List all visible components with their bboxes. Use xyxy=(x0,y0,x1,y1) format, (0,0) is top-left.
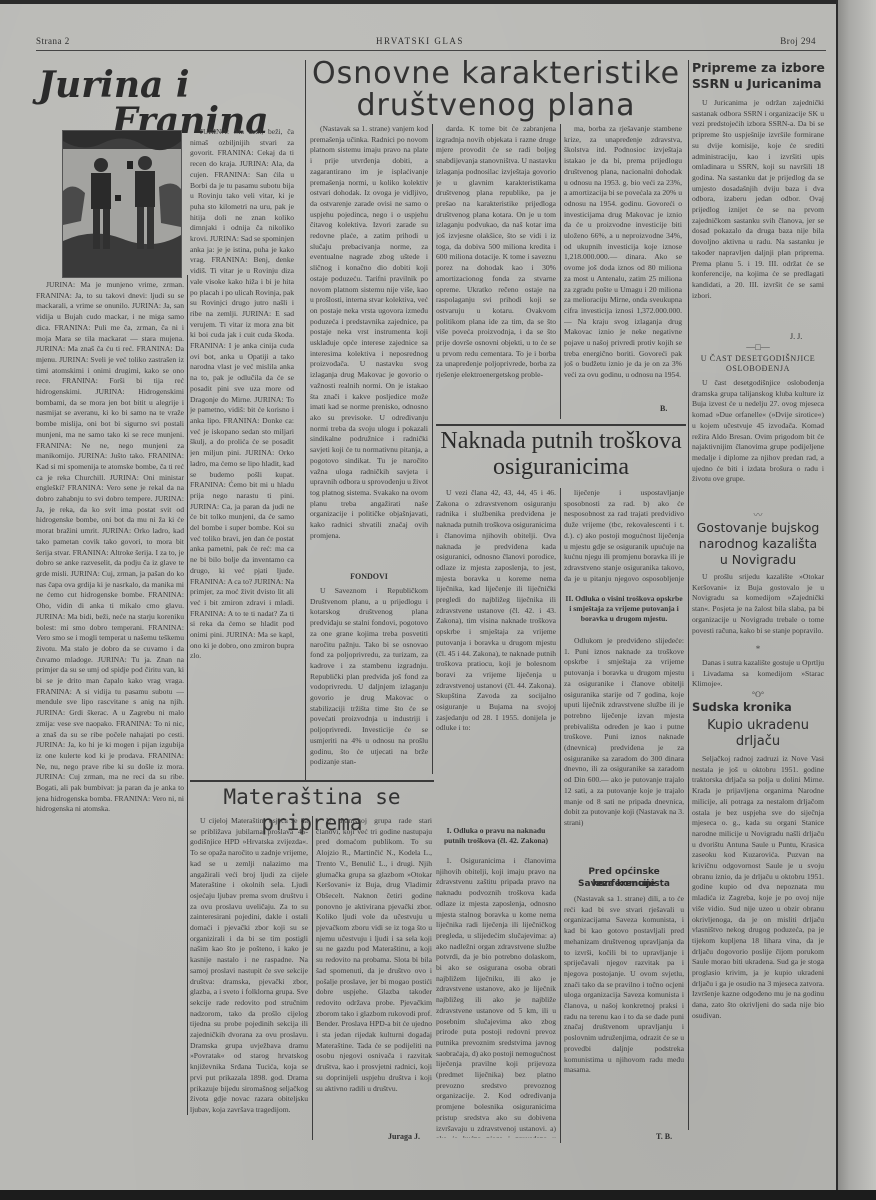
circle-ornament-icon: °O° xyxy=(692,690,824,699)
naknada-decision-2-heading: II. Odluka o visini troškova opskrbe i s… xyxy=(564,594,684,624)
sudska-title-line2: drljaču xyxy=(692,734,824,750)
gostovanje-title-line3: u Novigradu xyxy=(692,552,824,568)
article-text: U čast desetgodišnjice oslobođenja drams… xyxy=(692,378,824,485)
article-text: U dramskoj grupa rade stari članovi, koj… xyxy=(316,816,432,1094)
materastina-column-2: U dramskoj grupa rade stari članovi, koj… xyxy=(316,816,432,1136)
article-text: 1. Osiguranicima i članovima njihovih ob… xyxy=(436,856,556,1138)
article-text: Odlukom je predviđeno slijedeće: 1. Puni… xyxy=(564,636,684,829)
naknada-column-2: liječenje i uspostavljanje sposobnosti z… xyxy=(564,488,684,584)
column-rule xyxy=(560,124,561,419)
column-rule xyxy=(432,124,433,774)
sudska-rubric: Sudska kronika xyxy=(692,700,824,714)
osnovne-column-3: ma, borba za rješavanje stambene krize, … xyxy=(564,124,682,414)
page-number: Strana 2 xyxy=(36,36,70,46)
column-rule xyxy=(688,60,689,1130)
scan-top-edge xyxy=(0,0,876,4)
naknada-column-1b: 1. Osiguranicima i članovima njihovih ob… xyxy=(436,856,556,1138)
gostovanje-title-line2: narodnog kazališta xyxy=(692,536,824,552)
issue-number: Broj 294 xyxy=(780,36,816,46)
newspaper-page: Strana 2 HRVATSKI GLAS Broj 294 Jurina i… xyxy=(0,0,860,1192)
article-text: U vezi člana 42, 43, 44, 45 i 46. Zakona… xyxy=(436,488,556,734)
article-text: U Juricanima je održan zajednički sastan… xyxy=(692,98,824,301)
konferencije-body: (Nastavak sa 1. strane) dili, a to će re… xyxy=(564,894,684,1128)
article-text: ma, borba za rješavanje stambene krize, … xyxy=(564,124,682,381)
naknada-decision-1-heading: I. Odluka o pravu na naknadu putnih troš… xyxy=(436,826,556,846)
section-divider xyxy=(190,780,434,782)
article-text: (Nastavak sa 1. strane) dili, a to će re… xyxy=(564,894,684,1076)
article-text: Danas i sutra kazalište gostuje u Oprtlj… xyxy=(692,658,824,690)
two-men-talking-icon xyxy=(63,131,181,277)
desetgodisnjica-title-line2: OSLOBOĐENJA xyxy=(692,364,824,373)
article-text: (Nastavak sa 1. strane) vanjem kod prema… xyxy=(310,124,428,541)
running-header: Strana 2 HRVATSKI GLAS Broj 294 xyxy=(36,36,826,51)
desetgodisnjica-body: U čast desetgodišnjice oslobođenja drams… xyxy=(692,378,824,508)
materastina-signature: Juraga J. xyxy=(388,1132,420,1141)
osnovne-column-1: (Nastavak sa 1. strane) vanjem kod prema… xyxy=(310,124,428,569)
article-text: U Saveznom i Republičkom Društvenom plan… xyxy=(310,586,428,768)
osnovne-column-2: darda. K tome bit će zabranjena izgradnj… xyxy=(436,124,556,414)
materastina-column-1: U cijeloj Materaštini osjeća se da se pr… xyxy=(190,816,308,1136)
scan-bottom-edge xyxy=(0,1190,876,1200)
sudska-body: Seljačkoj radnoj zadruzi iz Nove Vasi ne… xyxy=(692,754,824,1150)
naknada-column-1: U vezi člana 42, 43, 44, 45 i 46. Zakona… xyxy=(436,488,556,824)
ornament-divider: —□— xyxy=(692,342,824,352)
osnovne-title-line2: društvenog plana xyxy=(308,90,684,122)
naknada-column-2b: Odlukom je predviđeno slijedeće: 1. Puni… xyxy=(564,636,684,852)
osnovne-signature: B. xyxy=(660,404,667,413)
pripreme-body: U Juricanima je održan zajednički sastan… xyxy=(692,98,824,334)
naknada-title-line1: Naknada putnih troškova xyxy=(436,428,686,454)
column-rule xyxy=(187,275,188,1115)
masthead-name: HRVATSKI GLAS xyxy=(376,36,464,46)
column-rule xyxy=(305,60,306,780)
jurina-column-1: JURINA: Ma je munjeno vrime, zrman. FRAN… xyxy=(36,280,184,1125)
dialogue-text: JURINA: Ma je munjeno vrime, zrman. FRAN… xyxy=(36,280,184,815)
fondovi-subhead: FONDOVI xyxy=(310,572,428,581)
konferencije-signature: T. B. xyxy=(656,1132,672,1141)
column-rule xyxy=(560,488,561,1143)
pripreme-title-line2: SSRN u Juricanima xyxy=(692,76,832,92)
osnovne-column-1b: U Saveznom i Republičkom Društvenom plan… xyxy=(310,586,428,770)
asterisk-divider: * xyxy=(692,644,824,654)
gostovanje-title-line1: Gostovanje bujskog xyxy=(692,520,824,536)
column-rule xyxy=(312,816,313,1140)
gostovanje-body-2: Danas i sutra kazalište gostuje u Oprtlj… xyxy=(692,658,824,690)
woodcut-illustration xyxy=(62,130,182,278)
jurina-column-2: JURINA: Ma beži, beži, ča nimaš ozbiljni… xyxy=(190,127,294,837)
article-text: Seljačkoj radnoj zadruzi iz Nove Vasi ne… xyxy=(692,754,824,1022)
konferencije-title-line2: Saveza komunista xyxy=(564,878,684,890)
page-edge xyxy=(838,0,876,1200)
sudska-title-line1: Kupio ukradenu xyxy=(692,718,824,734)
osnovne-title-line1: Osnovne karakteristike xyxy=(308,58,684,90)
gostovanje-body: U prošlu srijedu kazalište »Otokar Keršo… xyxy=(692,572,824,644)
article-text: darda. K tome bit će zabranjena izgradnj… xyxy=(436,124,556,381)
article-text: U prošlu srijedu kazalište »Otokar Keršo… xyxy=(692,572,824,636)
naknada-title-line2: osiguranicima xyxy=(436,454,686,480)
article-text: U cijeloj Materaštini osjeća se da se pr… xyxy=(190,816,308,1116)
desetgodisnjica-title-line1: U ČAST DESETGODIŠNJICE xyxy=(692,354,824,363)
section-divider xyxy=(436,424,686,426)
article-text: liječenje i uspostavljanje sposobnosti z… xyxy=(564,488,684,584)
pripreme-signature: J. J. xyxy=(790,332,802,341)
pripreme-title-line1: Pripreme za izbore xyxy=(692,60,832,76)
dialogue-text: JURINA: Ma beži, beži, ča nimaš ozbiljni… xyxy=(190,127,294,662)
